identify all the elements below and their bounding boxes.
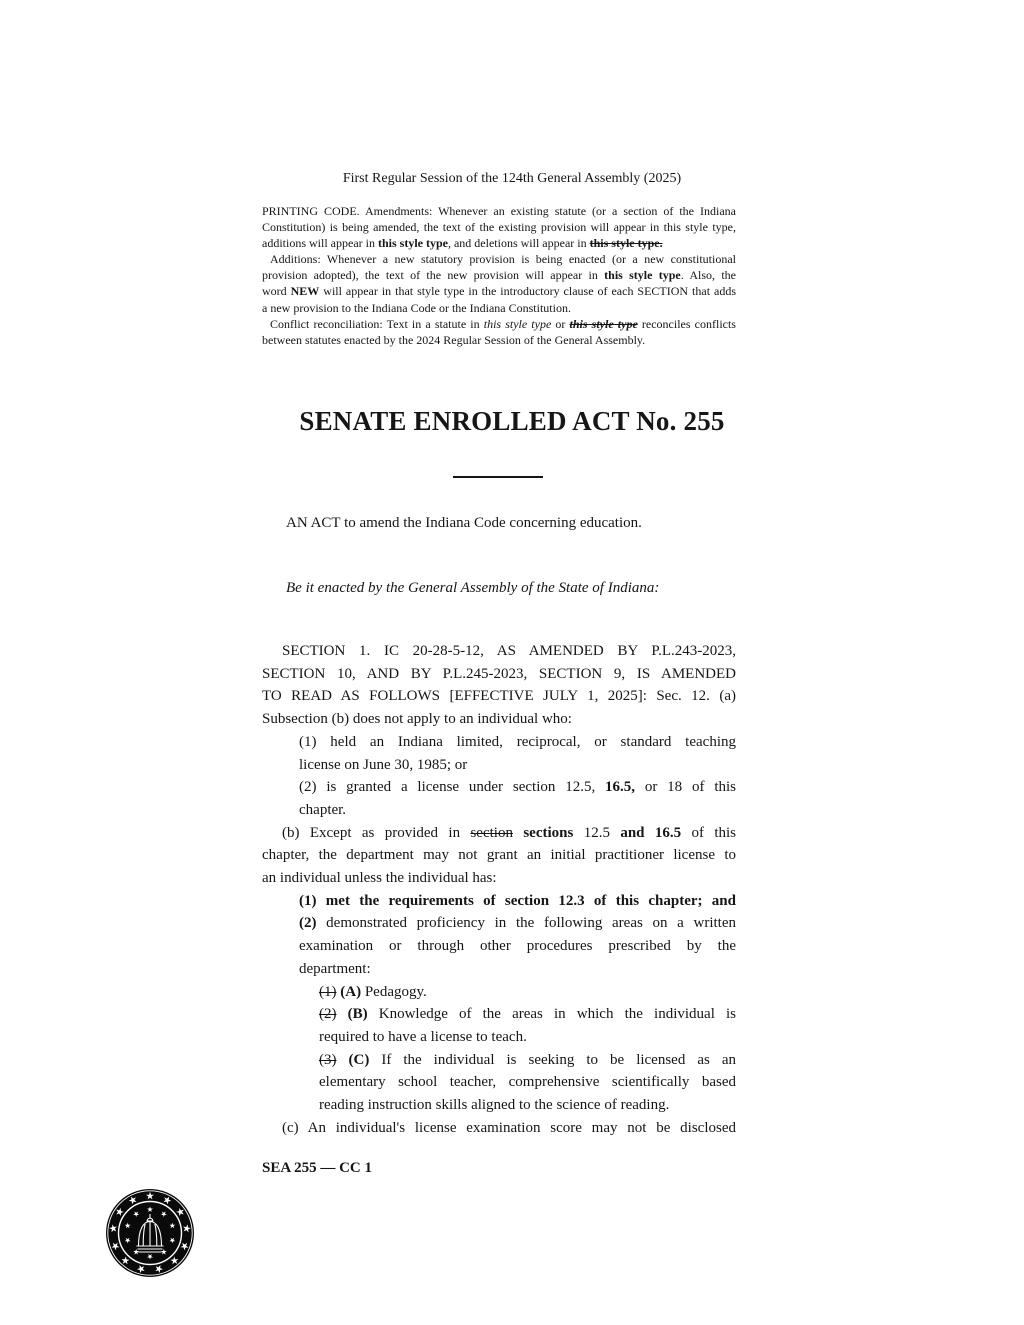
text-line: reading instruction skills aligned to th…: [262, 1094, 736, 1117]
text-line: (1) (A) Pedagogy.: [262, 981, 736, 1004]
act-clause: AN ACT to amend the Indiana Code concern…: [286, 513, 746, 533]
text-line: (2) (B) Knowledge of the areas in which …: [262, 1003, 736, 1026]
printing-code-paragraph: PRINTING CODE. Amendments: Whenever an e…: [262, 203, 736, 348]
text-line: Subsection (b) does not apply to an indi…: [262, 708, 736, 731]
indiana-capitol-seal-icon: [105, 1188, 195, 1278]
text-line: (1) met the requirements of section 12.3…: [262, 890, 736, 913]
text-line: Conflict reconciliation: Text in a statu…: [262, 316, 736, 332]
text-line: word NEW will appear in that style type …: [262, 283, 736, 299]
text-line: SECTION 1. IC 20-28-5-12, AS AMENDED BY …: [262, 640, 736, 663]
statute-body: SECTION 1. IC 20-28-5-12, AS AMENDED BY …: [262, 640, 736, 1139]
text-line: provision adopted), the text of the new …: [262, 267, 736, 283]
text-line: department:: [262, 958, 736, 981]
text-line: TO READ AS FOLLOWS [EFFECTIVE JULY 1, 20…: [262, 685, 736, 708]
text-line: Constitution) is being amended, the text…: [262, 219, 736, 235]
text-line: an individual unless the individual has:: [262, 867, 736, 890]
text-line: (3) (C) If the individual is seeking to …: [262, 1049, 736, 1072]
text-line: elementary school teacher, comprehensive…: [262, 1071, 736, 1094]
text-line: Additions: Whenever a new statutory prov…: [262, 251, 736, 267]
enacting-clause: Be it enacted by the General Assembly of…: [286, 578, 746, 598]
text-line: a new provision to the Indiana Code or t…: [262, 300, 736, 316]
session-header: First Regular Session of the 124th Gener…: [0, 170, 1024, 188]
text-line: (2) demonstrated proficiency in the foll…: [262, 912, 736, 935]
act-title: SENATE ENROLLED ACT No. 255: [0, 405, 1024, 437]
text-line: required to have a license to teach.: [262, 1026, 736, 1049]
text-line: (1) held an Indiana limited, reciprocal,…: [262, 731, 736, 754]
title-divider: [453, 476, 543, 478]
page-footer-citation: SEA 255 — CC 1: [262, 1158, 662, 1178]
text-line: additions will appear in this style type…: [262, 235, 736, 251]
document-page: First Regular Session of the 124th Gener…: [0, 0, 1024, 1325]
text-line: (2) is granted a license under section 1…: [262, 776, 736, 799]
text-line: SECTION 10, AND BY P.L.245-2023, SECTION…: [262, 663, 736, 686]
text-line: license on June 30, 1985; or: [262, 754, 736, 777]
text-line: chapter, the department may not grant an…: [262, 844, 736, 867]
text-line: between statutes enacted by the 2024 Reg…: [262, 332, 736, 348]
text-line: examination or through other procedures …: [262, 935, 736, 958]
text-line: (b) Except as provided in section sectio…: [262, 822, 736, 845]
text-line: PRINTING CODE. Amendments: Whenever an e…: [262, 203, 736, 219]
text-line: (c) An individual's license examination …: [262, 1117, 736, 1140]
text-line: chapter.: [262, 799, 736, 822]
